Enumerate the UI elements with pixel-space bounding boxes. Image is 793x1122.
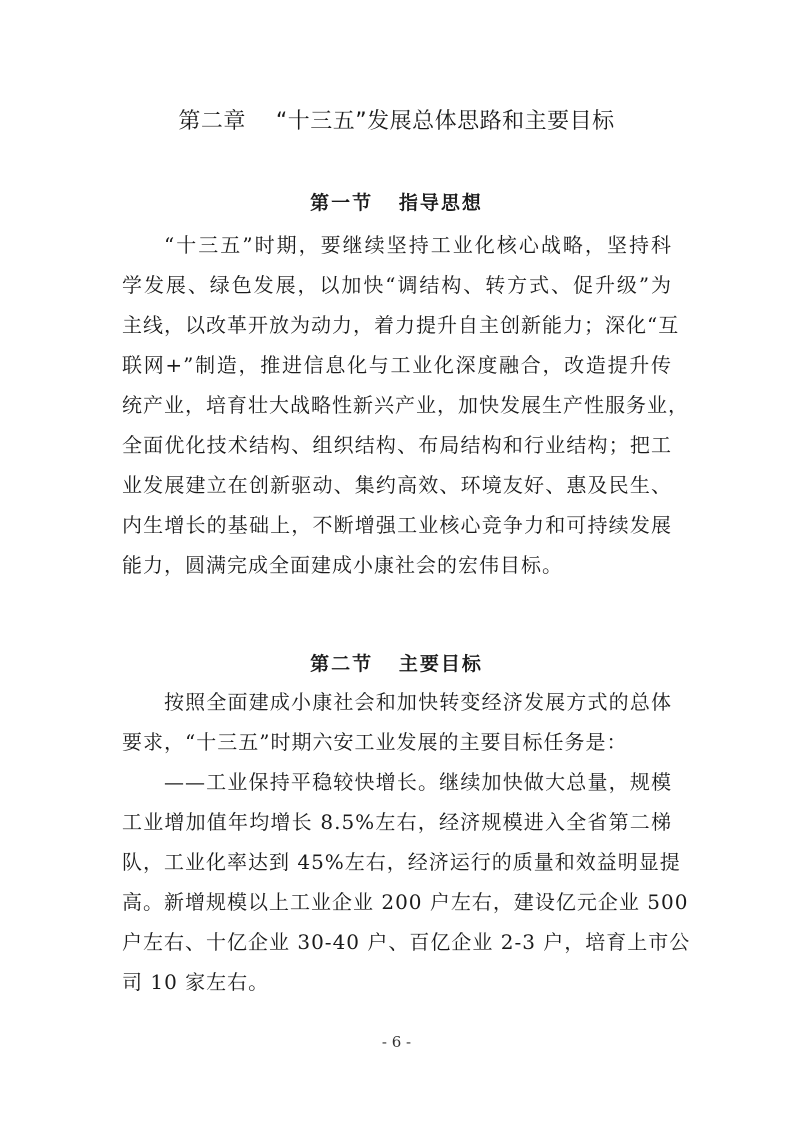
document-page: 第二章 “十三五”发展总体思路和主要目标 第一节 指导思想 “十三五”时期，要继… xyxy=(0,0,793,1122)
paragraph-line: 全面优化技术结构、组织结构、布局结构和行业结构；把工 xyxy=(122,433,672,457)
paragraph-line: 学发展、绿色发展，以加快“调结构、转方式、促升级”为 xyxy=(122,273,672,297)
page-number: - 6 - xyxy=(0,1033,793,1051)
paragraph-line: 按照全面建成小康社会和加快转变经济发展方式的总体 xyxy=(164,690,672,714)
paragraph-line: 户左右、十亿企业 30-40 户、百亿企业 2-3 户，培育上市公 xyxy=(122,930,672,954)
paragraph-line: 联网+”制造，推进信息化与工业化深度融合，改造提升传 xyxy=(122,353,672,377)
paragraph-line: 能力，圆满完成全面建成小康社会的宏伟目标。 xyxy=(122,553,672,577)
paragraph-line: ——工业保持平稳较快增长。继续加快做大总量，规模 xyxy=(164,770,672,794)
chapter-title: 第二章 “十三五”发展总体思路和主要目标 xyxy=(0,104,793,135)
paragraph-line: 司 10 家左右。 xyxy=(122,970,672,994)
section-title-guiding-ideology: 第一节 指导思想 xyxy=(0,188,793,215)
paragraph-line: 队，工业化率达到 45%左右，经济运行的质量和效益明显提 xyxy=(122,850,672,874)
paragraph-line: 主线，以改革开放为动力，着力提升自主创新能力；深化“互 xyxy=(122,313,672,337)
section-title-main-goals: 第二节 主要目标 xyxy=(0,649,793,676)
paragraph-line: 内生增长的基础上，不断增强工业核心竞争力和可持续发展 xyxy=(122,513,672,537)
paragraph-line: “十三五”时期，要继续坚持工业化核心战略，坚持科 xyxy=(164,233,672,257)
paragraph-line: 要求，“十三五”时期六安工业发展的主要目标任务是： xyxy=(122,730,672,754)
paragraph-line: 工业增加值年均增长 8.5%左右，经济规模进入全省第二梯 xyxy=(122,810,672,834)
paragraph-line: 高。新增规模以上工业企业 200 户左右，建设亿元企业 500 xyxy=(122,890,672,914)
paragraph-line: 业发展建立在创新驱动、集约高效、环境友好、惠及民生、 xyxy=(122,473,672,497)
paragraph-line: 统产业，培育壮大战略性新兴产业，加快发展生产性服务业， xyxy=(122,393,672,417)
